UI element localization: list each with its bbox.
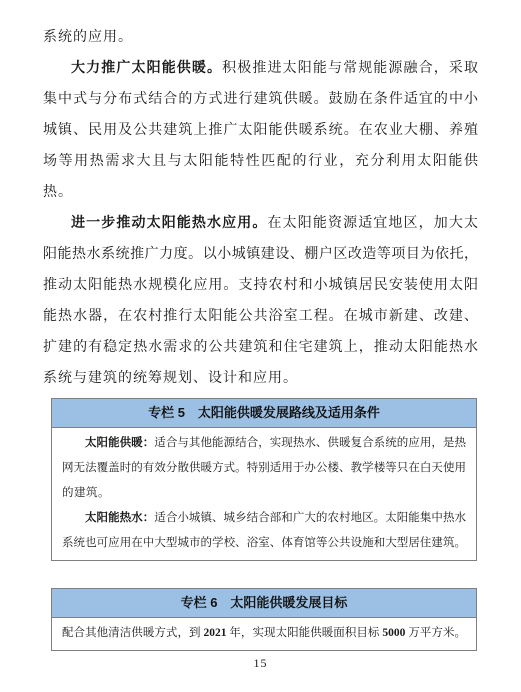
paragraph-line: 场等用热需求大且与太阳能特性匹配的行业，充分利用太阳能供	[43, 146, 478, 177]
panel-6: 专栏 6 太阳能供暖发展目标 配合其他清洁供暖方式，到 2021 年，实现太阳能…	[51, 588, 477, 651]
panel-5-header: 专栏 5 太阳能供暖发展路线及适用条件	[52, 399, 476, 428]
bold-lead: 太阳能供暖：	[85, 437, 154, 449]
panel-5-title: 专栏 5 太阳能供暖发展路线及适用条件	[148, 405, 380, 420]
panel-paragraph-line: 配合其他清洁供暖方式，到 2021 年，实现太阳能供暖面积目标 5000 万平方…	[62, 621, 466, 646]
paragraph-text: 积极推进太阳能与常规能源融合，采取	[222, 61, 478, 76]
panel-paragraph-line: 网无法覆盖时的有效分散供暖方式。特别适用于办公楼、教学楼等只在白天使用	[62, 456, 466, 481]
paragraph-text: 适合与其他能源结合，实现热水、供暖复合系统的应用，是热	[154, 437, 466, 449]
bold-lead: 大力推广太阳能供暖。	[71, 61, 222, 76]
panel-6-body: 配合其他清洁供暖方式，到 2021 年，实现太阳能供暖面积目标 5000 万平方…	[52, 618, 476, 650]
paragraph-text: 在太阳能资源适宜地区，加大太	[268, 216, 479, 231]
body-text: 系统的应用。 大力推广太阳能供暖。积极推进太阳能与常规能源融合，采取 集中式与分…	[43, 22, 478, 394]
paragraph-line: 系统与建筑的统筹规划、设计和应用。	[43, 363, 478, 394]
paragraph-line: 进一步推动太阳能热水应用。在太阳能资源适宜地区，加大太	[43, 208, 478, 239]
panel-6-header: 专栏 6 太阳能供暖发展目标	[52, 589, 476, 618]
target-year: 2021	[203, 627, 226, 639]
paragraph-text: 配合其他清洁供暖方式，到	[62, 627, 203, 639]
panel-5: 专栏 5 太阳能供暖发展路线及适用条件 太阳能供暖：适合与其他能源结合，实现热水…	[51, 398, 477, 561]
paragraph-line: 阳能热水系统推广力度。以小城镇建设、棚户区改造等项目为依托，	[43, 239, 478, 270]
paragraph-text: 适合小城镇、城乡结合部和广大的农村地区。太阳能集中热水	[154, 512, 466, 524]
panel-paragraph-line: 太阳能热水：适合小城镇、城乡结合部和广大的农村地区。太阳能集中热水	[62, 506, 466, 531]
bold-lead: 进一步推动太阳能热水应用。	[71, 216, 268, 231]
panel-paragraph-line: 太阳能供暖：适合与其他能源结合，实现热水、供暖复合系统的应用，是热	[62, 431, 466, 456]
panel-6-title: 专栏 6 太阳能供暖发展目标	[181, 595, 348, 610]
paragraph-line: 扩建的有稳定热水需求的公共建筑和住宅建筑上，推动太阳能热水	[43, 332, 478, 363]
paragraph-line: 系统的应用。	[43, 22, 478, 53]
paragraph-line: 城镇、民用及公共建筑上推广太阳能供暖系统。在农业大棚、养殖	[43, 115, 478, 146]
paragraph-text: 万平方米。	[405, 627, 466, 639]
document-page: 系统的应用。 大力推广太阳能供暖。积极推进太阳能与常规能源融合，采取 集中式与分…	[0, 0, 521, 692]
panel-paragraph-line: 的建筑。	[62, 481, 466, 506]
paragraph-line: 大力推广太阳能供暖。积极推进太阳能与常规能源融合，采取	[43, 53, 478, 84]
panel-5-body: 太阳能供暖：适合与其他能源结合，实现热水、供暖复合系统的应用，是热 网无法覆盖时…	[52, 428, 476, 560]
paragraph-line: 热。	[43, 177, 478, 208]
paragraph-line: 能热水器，在农村推行太阳能公共浴室工程。在城市新建、改建、	[43, 301, 478, 332]
paragraph-line: 推动太阳能热水规模化应用。支持农村和小城镇居民安装使用太阳	[43, 270, 478, 301]
panel-paragraph-line: 系统也可应用在中大型城市的学校、浴室、体育馆等公共设施和大型居住建筑。	[62, 531, 466, 556]
bold-lead: 太阳能热水：	[85, 512, 154, 524]
paragraph-text: 年，实现太阳能供暖面积目标	[226, 627, 382, 639]
paragraph-line: 集中式与分布式结合的方式进行建筑供暖。鼓励在条件适宜的中小	[43, 84, 478, 115]
target-area-value: 5000	[382, 627, 405, 639]
page-number: 15	[0, 656, 521, 671]
